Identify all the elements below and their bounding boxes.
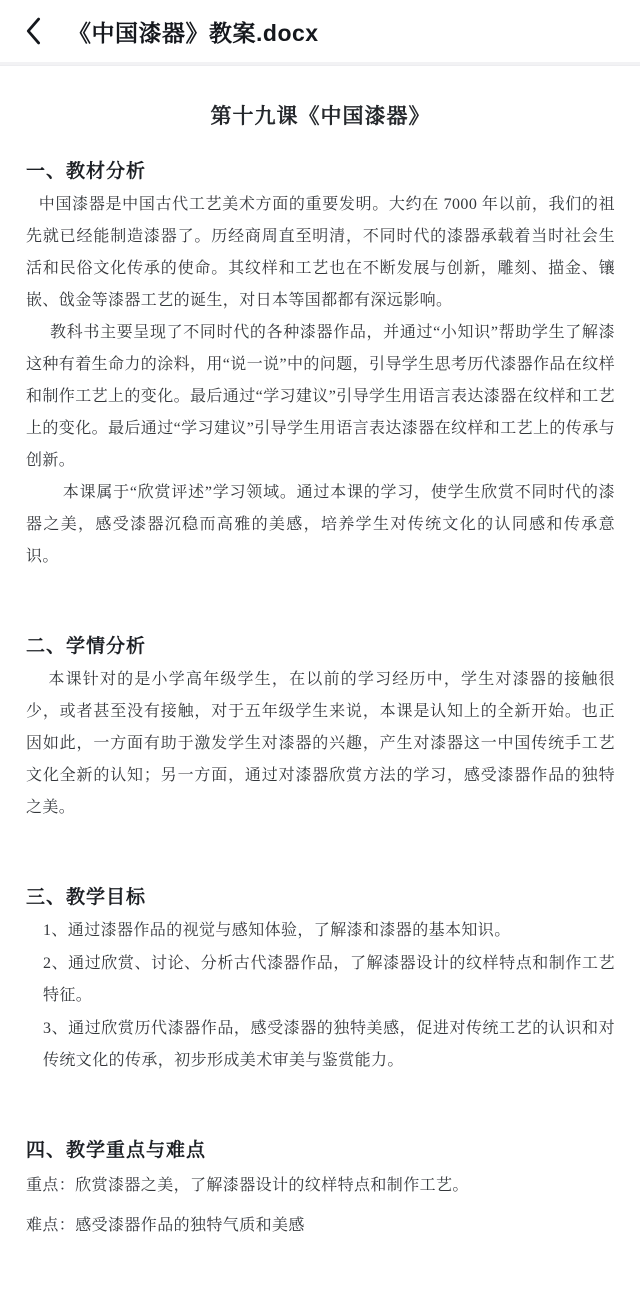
section-material-analysis: 一、教材分析 中国漆器是中国古代工艺美术方面的重要发明。大约在 7000 年以前… <box>26 156 615 573</box>
difficult-point-line: 难点：感受漆器作品的独特气质和美感 <box>26 1210 615 1242</box>
section-heading: 三、教学目标 <box>26 882 615 909</box>
paragraph: 教科书主要呈现了不同时代的各种漆器作品，并通过“小知识”帮助学生了解漆这种有着生… <box>26 317 615 477</box>
app-header: 《中国漆器》教案.docx <box>0 0 640 62</box>
section-heading: 二、学情分析 <box>26 631 615 658</box>
section-heading: 一、教材分析 <box>26 156 615 183</box>
document-filename: 《中国漆器》教案.docx <box>68 15 319 48</box>
section-heading: 四、教学重点与难点 <box>26 1135 615 1162</box>
paragraph: 本课属于“欣赏评述”学习领域。通过本课的学习，使学生欣赏不同时代的漆器之美，感受… <box>26 477 615 573</box>
section-teaching-goals: 三、教学目标 1、通过漆器作品的视觉与感知体验，了解漆和漆器的基本知识。 2、通… <box>26 882 615 1077</box>
key-point-line: 重点：欣赏漆器之美，了解漆器设计的纹样特点和制作工艺。 <box>26 1170 615 1202</box>
list-item: 2、通过欣赏、讨论、分析古代漆器作品，了解漆器设计的纹样特点和制作工艺特征。 <box>26 948 615 1012</box>
list-item: 3、通过欣赏历代漆器作品，感受漆器的独特美感，促进对传统工艺的认识和对传统文化的… <box>26 1013 615 1077</box>
list-item: 1、通过漆器作品的视觉与感知体验，了解漆和漆器的基本知识。 <box>26 915 615 947</box>
doc-title: 第十九课《中国漆器》 <box>26 100 615 130</box>
section-student-analysis: 二、学情分析 本课针对的是小学高年级学生，在以前的学习经历中，学生对漆器的接触很… <box>26 631 615 824</box>
chevron-left-icon <box>22 17 44 45</box>
paragraph: 本课针对的是小学高年级学生，在以前的学习经历中，学生对漆器的接触很少，或者甚至没… <box>26 664 615 824</box>
paragraph: 中国漆器是中国古代工艺美术方面的重要发明。大约在 7000 年以前，我们的祖先就… <box>26 189 615 317</box>
back-button[interactable] <box>22 11 58 51</box>
section-key-difficult-points: 四、教学重点与难点 重点：欣赏漆器之美，了解漆器设计的纹样特点和制作工艺。 难点… <box>26 1135 615 1242</box>
document-viewer[interactable]: 第十九课《中国漆器》 一、教材分析 中国漆器是中国古代工艺美术方面的重要发明。大… <box>0 66 640 1302</box>
